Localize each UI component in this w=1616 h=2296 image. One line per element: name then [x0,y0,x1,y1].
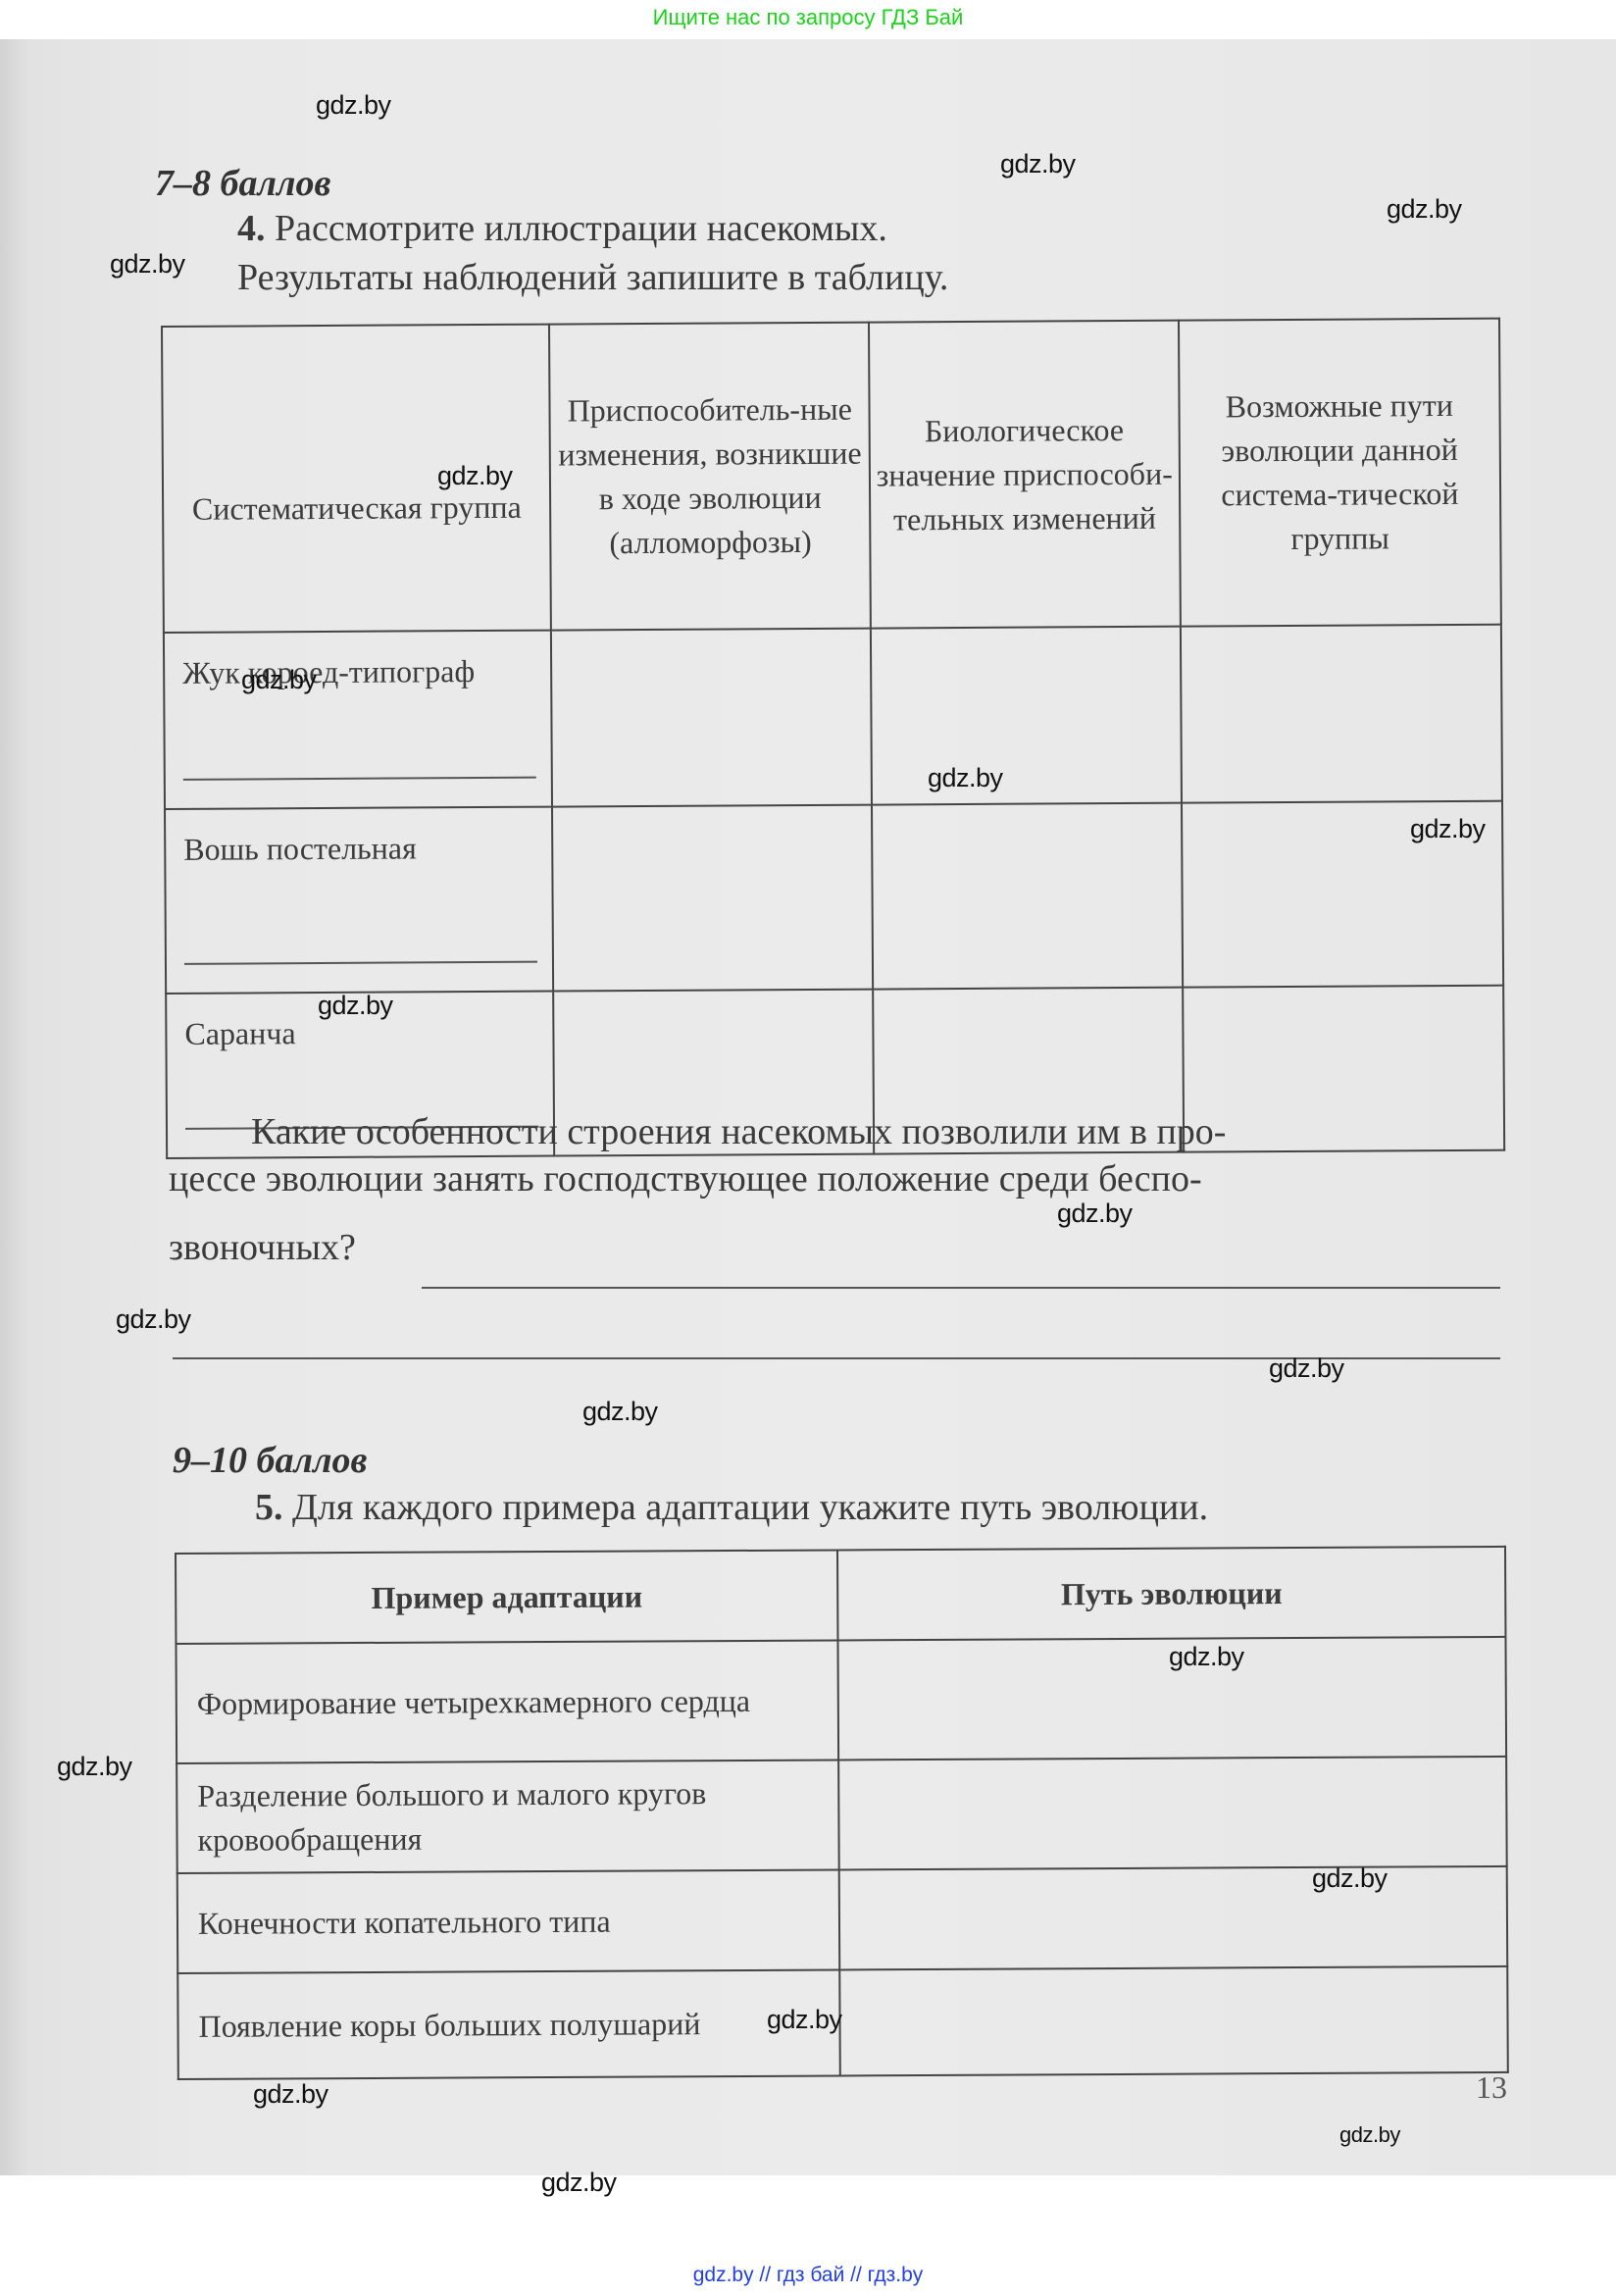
table-row: Вошь постельная [165,801,1503,994]
question-line-3: звоночных? [169,1224,1512,1271]
answer-line[interactable] [422,1287,1500,1289]
watermark: gdz.by [1169,1642,1244,1672]
watermark: gdz.by [1000,149,1076,179]
task-line-1: Рассмотрите иллюстрации насекомых. [275,208,887,249]
answer-cell[interactable] [838,1757,1506,1870]
task-5-line: Для каждого примера адаптации укажите пу… [292,1487,1208,1528]
watermark: gdz.by [928,763,1003,793]
header-biological-significance: Биологическое значение приспособи-тельны… [869,321,1180,629]
table-row: Появление коры больших полушарий [177,1966,1508,2079]
group-name: Вошь постельная [183,830,417,866]
task-5-text: 5. Для каждого примера адаптации укажите… [255,1483,1208,1532]
table-row: Жук короед-типограф [164,625,1502,809]
answer-cell[interactable] [552,805,873,992]
header-adaptation-example: Пример адаптации [176,1550,838,1644]
table-header-row: Пример адаптации Путь эволюции [176,1547,1505,1644]
question-line-2: цессе эволюции занять господствующее пол… [169,1155,1512,1202]
table-row: Разделение большого и малого кругов кров… [177,1757,1507,1873]
table-row: Формирование четырехкамерного сердца [176,1637,1506,1763]
adaptations-table: Пример адаптации Путь эволюции Формирова… [175,1546,1509,2080]
header-evolution-paths: Возможные пути эволюции данной система-т… [1179,319,1501,627]
watermark: gdz.by [253,2079,328,2110]
watermark: gdz.by [1387,194,1462,225]
score-label-9-10: 9–10 баллов [173,1439,367,1482]
watermark: gdz.by [767,2005,842,2035]
table-row: Конечности копательного типа [177,1866,1508,1973]
answer-cell[interactable] [551,629,872,807]
page-number: 13 [1476,2069,1507,2106]
watermark: gdz.by [316,90,391,121]
watermark: gdz.by [1312,1863,1388,1894]
answer-cell[interactable] [839,1866,1507,1970]
task-number: 4. [237,208,266,249]
answer-cell[interactable] [871,627,1182,805]
header-evolution-path: Путь эволюции [837,1547,1505,1641]
group-name: Саранча [184,1015,295,1051]
watermark: gdz.by [318,991,393,1021]
watermark: gdz.by [241,665,317,695]
insects-table: Систематическая группа Приспособитель-ны… [161,318,1505,1159]
task-4-text: 4. Рассмотрите иллюстрации насекомых. Ре… [237,204,948,302]
row-group-cell: Жук короед-типограф [164,631,552,809]
adaptation-example: Формирование четырехкамерного сердца [176,1640,838,1763]
footer-links[interactable]: gdz.by // гдз бай // гдз.by [0,2256,1616,2296]
header-allomorphoses: Приспособитель-ные изменения, возникшие … [549,323,871,631]
answer-cell[interactable] [1180,625,1501,803]
watermark: gdz.by [582,1397,658,1427]
table-header-row: Систематическая группа Приспособитель-ны… [162,319,1501,633]
watermark: gdz.by [1339,2122,1400,2148]
adaptation-example: Разделение большого и малого кругов кров… [177,1760,839,1873]
watermark: gdz.by [541,2168,617,2198]
row-group-cell: Вошь постельная [165,807,554,994]
task-line-2: Результаты наблюдений запишите в таблицу… [237,257,948,298]
search-banner: Ищите нас по запросу ГДЗ Бай [0,0,1616,39]
watermark: gdz.by [1410,814,1486,844]
watermark: gdz.by [1057,1199,1133,1229]
group-name: Жук короед-типограф [182,653,475,690]
answer-line[interactable] [183,777,536,781]
answer-cell[interactable] [872,803,1183,990]
adaptation-example: Появление коры больших полушарий [177,1969,840,2079]
watermark: gdz.by [437,461,513,491]
watermark: gdz.by [57,1752,132,1782]
answer-cell[interactable] [839,1966,1507,2076]
score-label-7-8: 7–8 баллов [155,162,330,205]
watermark: gdz.by [1269,1353,1344,1384]
question-line-1: Какие особенности строения насекомых поз… [169,1108,1512,1155]
question-text: Какие особенности строения насекомых поз… [169,1108,1512,1271]
adaptation-example: Конечности копательного типа [177,1869,840,1973]
watermark: gdz.by [110,249,185,280]
task-number: 5. [255,1487,283,1528]
watermark: gdz.by [116,1304,191,1335]
answer-line[interactable] [184,961,537,965]
